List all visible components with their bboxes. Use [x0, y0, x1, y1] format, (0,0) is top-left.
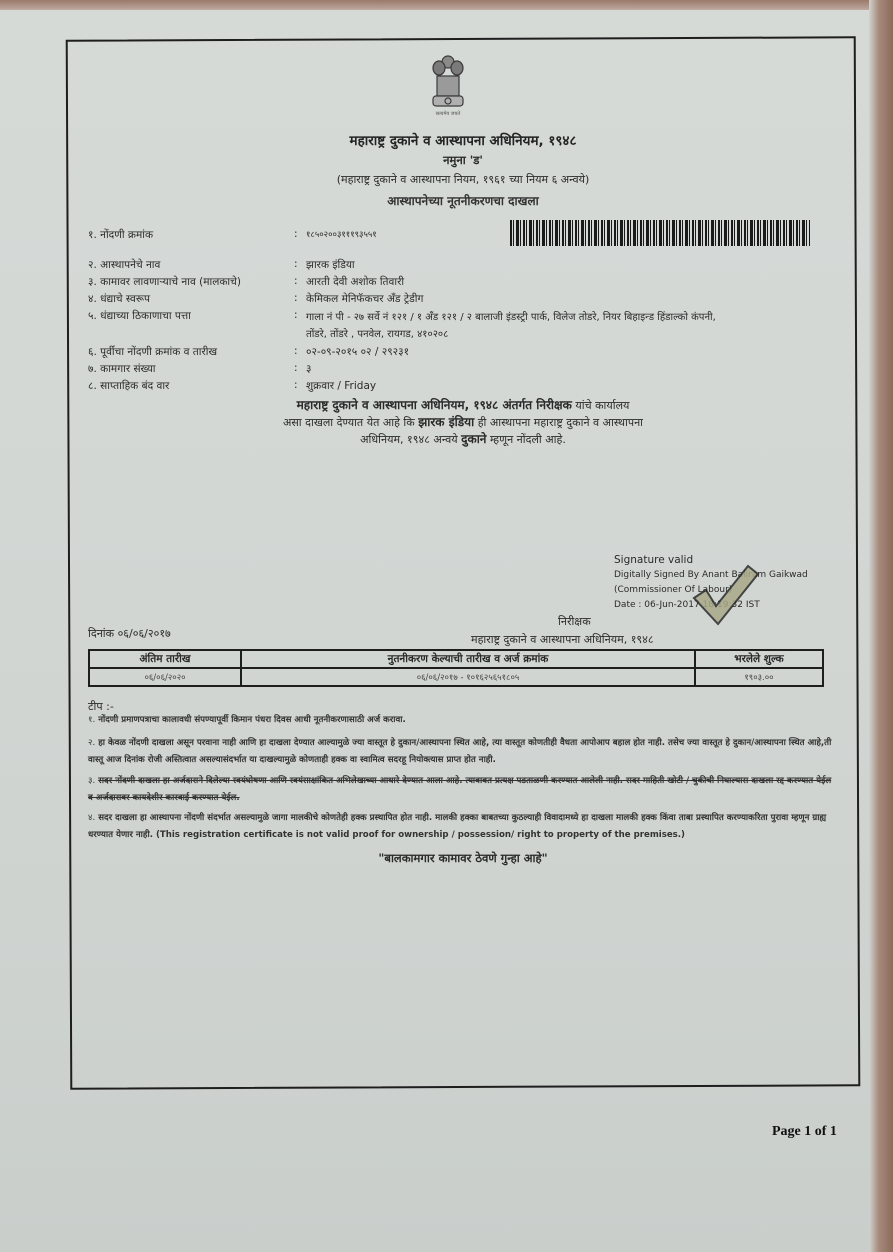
- statement-category: दुकाने: [461, 432, 486, 446]
- field-colon: :: [294, 275, 298, 287]
- note-item: ३. सदर नोंदणी दाखला हा अर्जदाराने दिलेल्…: [88, 773, 833, 807]
- note-item: १. नोंदणी प्रमाणपत्राचा कालावधी संपण्याप…: [88, 712, 833, 729]
- statement-establishment: झारक इंडिया: [418, 415, 474, 429]
- note-item: २. हा केवळ नोंदणी दाखला असून परवाना नाही…: [88, 735, 833, 769]
- note-text: हा केवळ नोंदणी दाखला असून परवाना नाही आण…: [88, 738, 831, 765]
- field-colon: :: [294, 309, 298, 321]
- note-number: ३.: [88, 776, 95, 786]
- field-label: ४. धंद्याचे स्वरूप: [88, 292, 150, 306]
- field-colon: :: [294, 228, 298, 240]
- barcode-icon: [510, 220, 810, 246]
- inspector-title: निरीक्षक: [558, 614, 591, 629]
- field-label: २. आस्थापनेचे नाव: [88, 258, 160, 272]
- child-labour-notice: "बालकामगार कामावर ठेवणे गुन्हा आहे": [70, 851, 856, 866]
- field-colon: :: [294, 345, 298, 357]
- field-label: ५. धंद्याच्या ठिकाणाचा पत्ता: [88, 309, 191, 323]
- note-item: ४. सदर दाखला हा आस्थापना नोंदणी संदर्भात…: [88, 810, 833, 844]
- field-label: ७. कामगार संख्या: [88, 362, 156, 376]
- form-name: नमुना 'ड': [70, 153, 856, 168]
- statement-line-3: अधिनियम, १९४८ अन्वये दुकाने म्हणून नोंदल…: [70, 430, 856, 447]
- statement-line-1: महाराष्ट्र दुकाने व आस्थापना अधिनियम, १९…: [70, 396, 856, 413]
- column-header-fee-paid: भरलेले शुल्क: [695, 650, 823, 668]
- statement-line-2: असा दाखला देण्यात येत आहे कि झारक इंडिया…: [70, 413, 856, 430]
- rule-reference: (महाराष्ट्र दुकाने व आस्थापना नियम, १९६१…: [70, 172, 856, 187]
- column-header-expiry-date: अंतिम तारीख: [89, 650, 241, 668]
- note-text: नोंदणी प्रमाणपत्राचा कालावधी संपण्यापूर्…: [98, 715, 406, 725]
- field-value: केमिकल मेनिफॅकचर अँड ट्रेडीग: [306, 292, 423, 306]
- cell-fee-paid: १९०३.००: [695, 668, 823, 686]
- field-colon: :: [294, 292, 298, 304]
- field-label: ८. साप्ताहिक बंद वार: [88, 379, 169, 393]
- page-number: Page 1 of 1: [772, 1124, 837, 1140]
- statement-text: असा दाखला देण्यात येत आहे कि: [283, 416, 418, 429]
- note-text: सदर दाखला हा आस्थापना नोंदणी संदर्भात अस…: [88, 813, 826, 840]
- field-value: ३: [306, 362, 311, 376]
- field-value: गाला नं पी - २७ सर्वे नं १२१ / १ अँड १२१…: [306, 309, 716, 323]
- cell-renewal-date-application: ०६/०६/२०१७ - १०१६२५६५१८०५: [241, 668, 695, 686]
- background-surface-right: [869, 0, 893, 1252]
- field-colon: :: [294, 258, 298, 270]
- cell-expiry-date: ०६/०६/२०२०: [89, 668, 241, 686]
- svg-text:सत्यमेव जयते: सत्यमेव जयते: [436, 110, 461, 117]
- field-value: शुक्रवार / Friday: [306, 379, 376, 393]
- statement-authority: महाराष्ट्र दुकाने व आस्थापना अधिनियम, १९…: [297, 398, 572, 412]
- certificate-title: आस्थापनेच्या नूतनीकरणचा दाखला: [70, 192, 856, 209]
- note-number: १.: [88, 715, 95, 725]
- field-value: झारक इंडिया: [306, 258, 355, 272]
- table-header-row: अंतिम तारीख नुतनीकरण केल्याची तारीख व अर…: [89, 650, 823, 668]
- field-colon: :: [294, 362, 298, 374]
- field-value: ०२-०९-२०१५ ०२ / २९२३१: [306, 345, 409, 359]
- field-label: ३. कामावर लावणाऱ्याचे नाव (मालकाचे): [88, 275, 241, 289]
- renewal-table: अंतिम तारीख नुतनीकरण केल्याची तारीख व अर…: [88, 649, 824, 687]
- inspector-act: महाराष्ट्र दुकाने व आस्थापना अधिनियम, १९…: [471, 632, 654, 647]
- statement-text: यांचे कार्यालय: [572, 399, 630, 412]
- note-number: २.: [88, 738, 95, 748]
- column-header-renewal-date-application: नुतनीकरण केल्याची तारीख व अर्ज क्रमांक: [241, 650, 695, 668]
- national-emblem-icon: सत्यमेव जयते: [428, 52, 468, 118]
- note-text: सदर नोंदणी दाखला हा अर्जदाराने दिलेल्या …: [88, 776, 831, 803]
- statement-text: अधिनियम, १९४८ अन्वये: [360, 433, 461, 446]
- field-value: आरती देवी अशोक तिवारी: [306, 275, 404, 289]
- act-title: महाराष्ट्र दुकाने व आस्थापना अधिनियम, १९…: [70, 131, 856, 149]
- note-number: ४.: [88, 813, 95, 823]
- field-label: १. नोंदणी क्रमांक: [88, 228, 153, 242]
- field-value: १८५०२००३१११९३५५१: [306, 229, 377, 240]
- signature-valid-check-icon: [690, 560, 760, 630]
- field-colon: :: [294, 379, 298, 391]
- statement-text: ही आस्थापना महाराष्ट्र दुकाने व आस्थापना: [474, 416, 643, 429]
- issue-date: दिनांक ०६/०६/२०१७: [88, 626, 171, 641]
- field-label: ६. पूर्वीचा नोंदणी क्रमांक व तारीख: [88, 345, 217, 359]
- table-row: ०६/०६/२०२० ०६/०६/२०१७ - १०१६२५६५१८०५ १९०…: [89, 668, 823, 686]
- field-value-line2: तोंडरे, तोंडरे , पनवेल, रायगड, ४१०२०८: [306, 326, 448, 340]
- statement-text: म्हणून नोंदली आहे.: [486, 433, 565, 446]
